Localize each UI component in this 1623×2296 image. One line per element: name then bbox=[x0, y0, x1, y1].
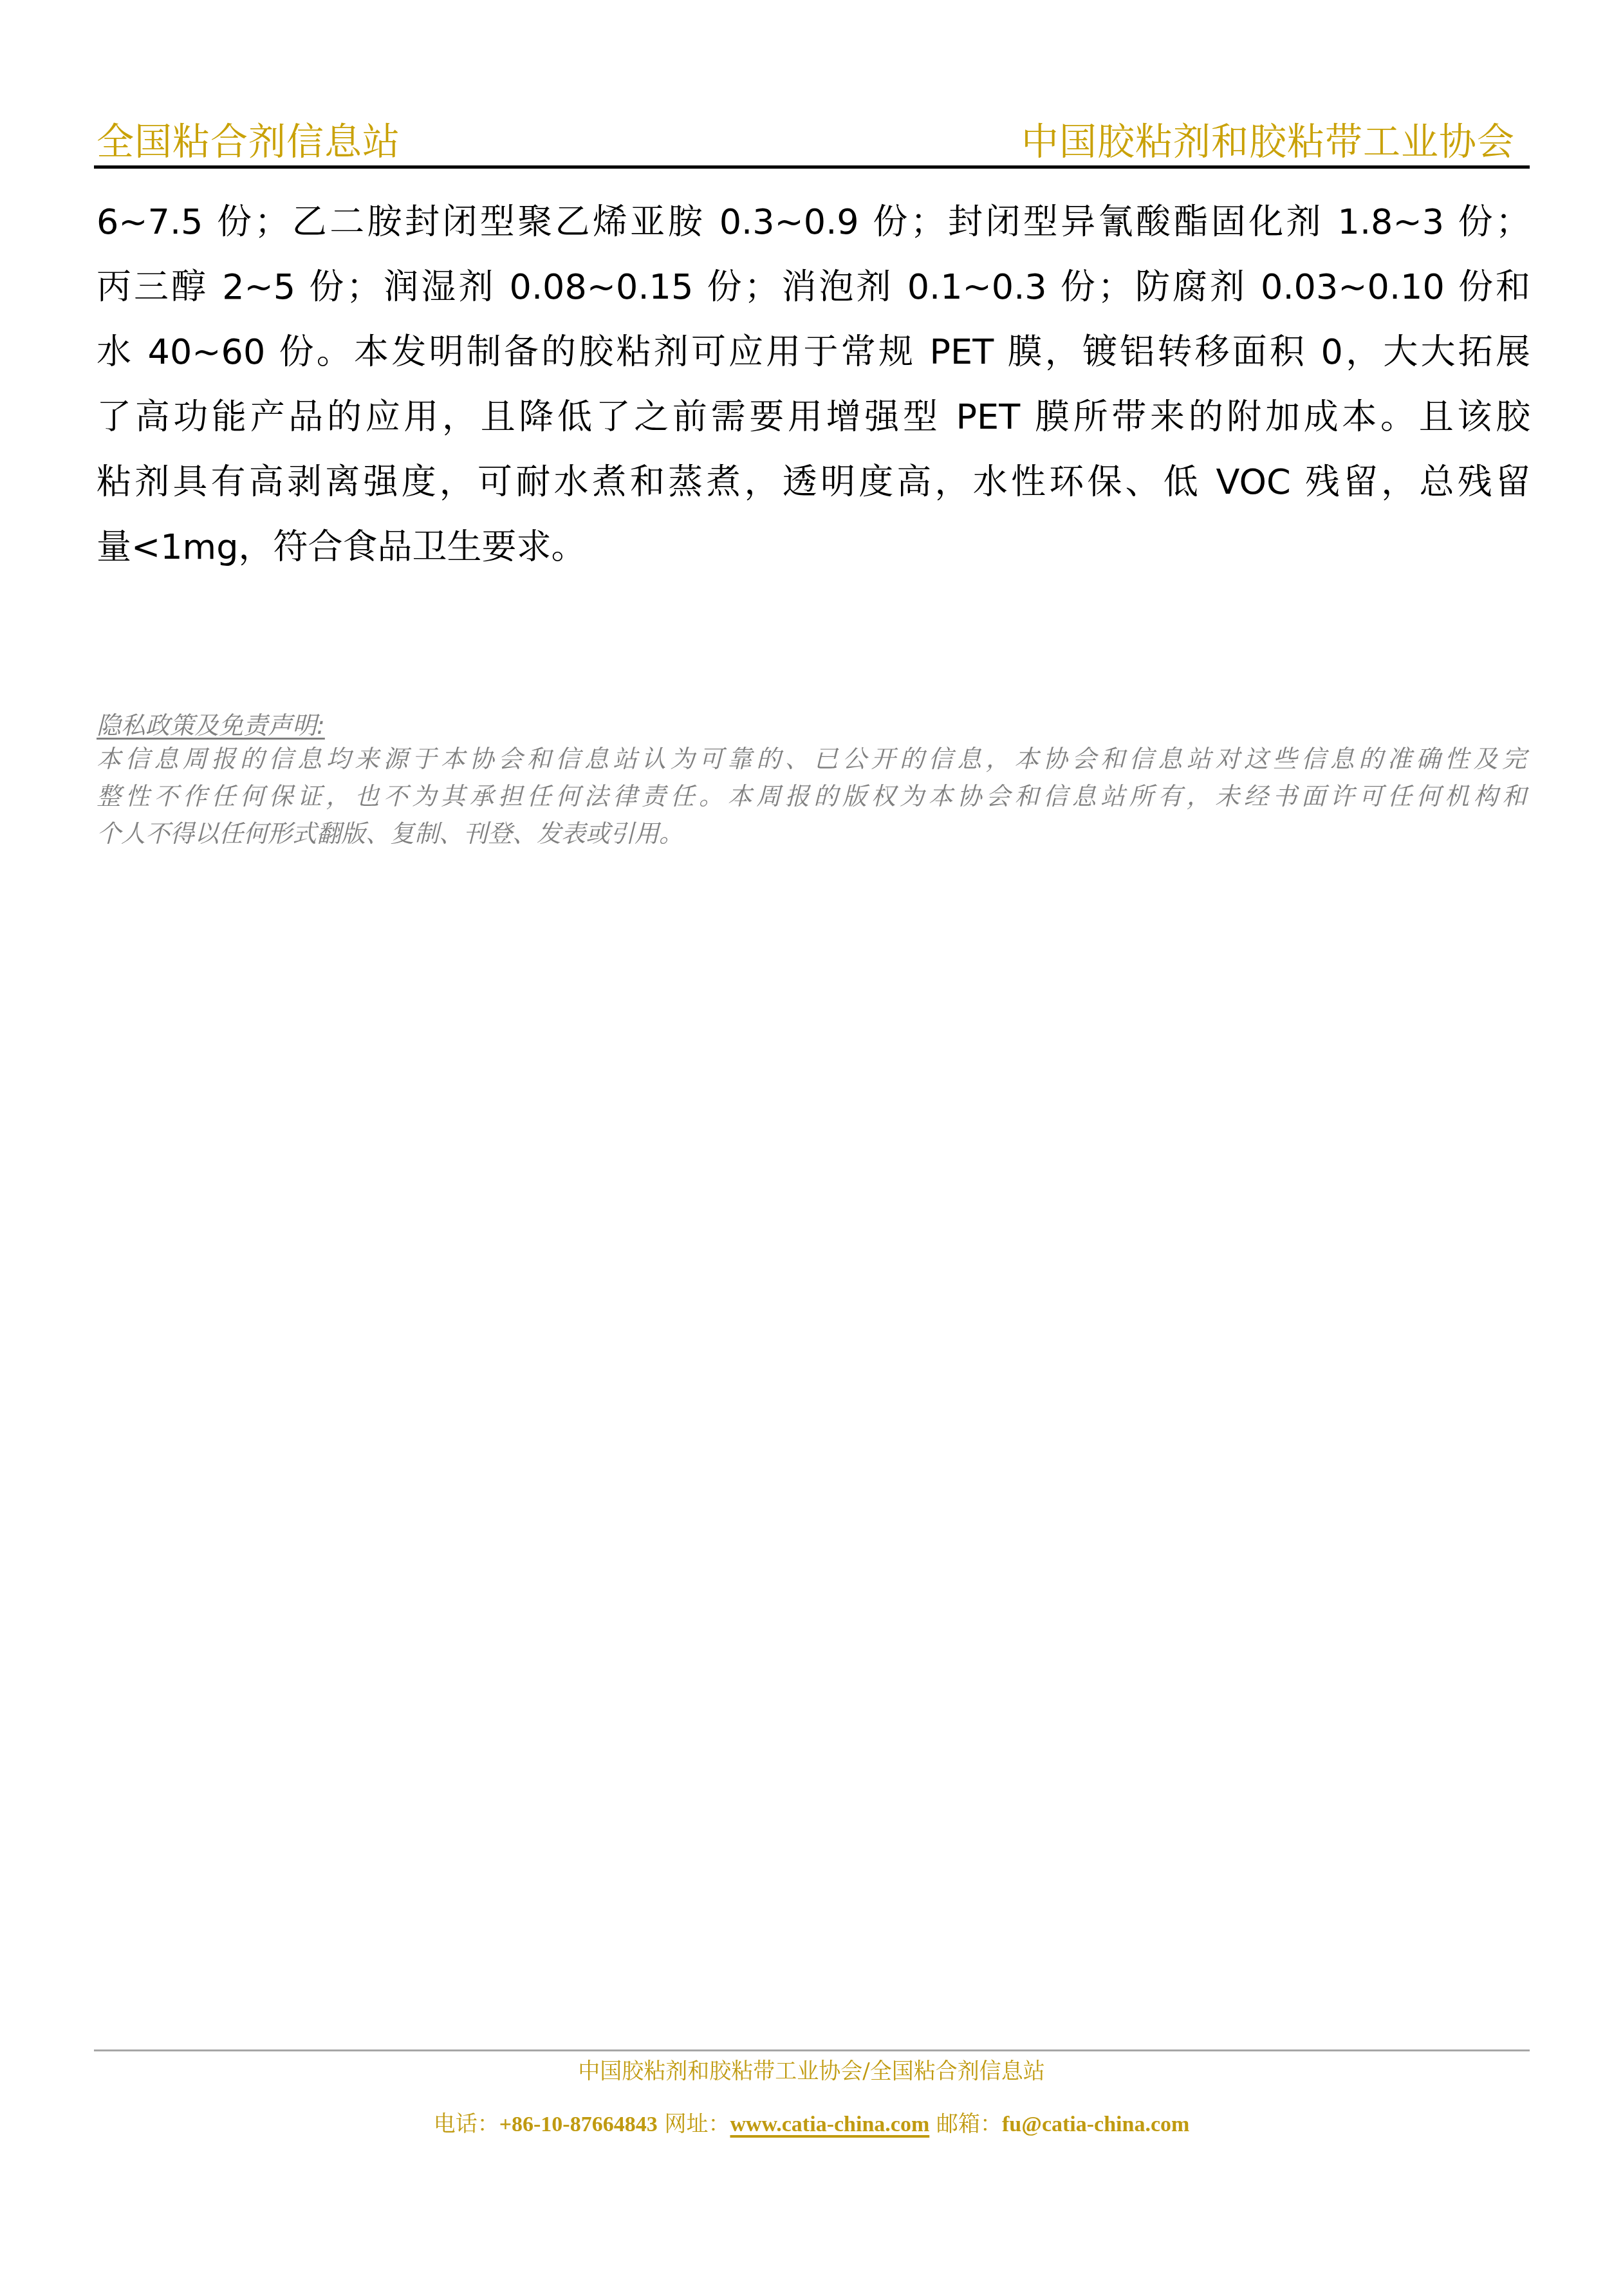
footer-divider bbox=[94, 2049, 1530, 2051]
disclaimer-line: 个人不得以任何形式翻版、复制、刊登、发表或引用。 bbox=[97, 815, 1526, 852]
body-line: 了高功能产品的应用，且降低了之前需要用增强型 PET 膜所带来的附加成本。且该胶 bbox=[97, 395, 1530, 440]
body-line: 6~7.5 份；乙二胺封闭型聚乙烯亚胺 0.3~0.9 份；封闭型异氰酸酯固化剂… bbox=[97, 200, 1530, 245]
body-line: 量<1mg，符合食品卫生要求。 bbox=[97, 525, 1530, 570]
site-title: 全国粘合剂信息站 bbox=[97, 116, 400, 167]
website-link[interactable]: www.catia-china.com bbox=[730, 2113, 929, 2136]
website-label: 网址： bbox=[658, 2111, 730, 2137]
email-label: 邮箱： bbox=[929, 2111, 1002, 2137]
header-divider bbox=[94, 165, 1530, 169]
association-title: 中国胶粘剂和胶粘带工业协会 bbox=[1021, 116, 1515, 167]
phone-label: 电话： bbox=[434, 2111, 499, 2137]
footer-contact: 电话：+86-10-87664843 网址：www.catia-china.co… bbox=[0, 2110, 1623, 2139]
disclaimer-title: 隐私政策及免责声明: bbox=[97, 707, 325, 744]
email-address[interactable]: fu@catia-china.com bbox=[1002, 2113, 1189, 2136]
footer-org: 中国胶粘剂和胶粘带工业协会/全国粘合剂信息站 bbox=[0, 2057, 1623, 2086]
body-line: 粘剂具有高剥离强度，可耐水煮和蒸煮，透明度高，水性环保、低 VOC 残留，总残留 bbox=[97, 460, 1530, 505]
phone-number: +86-10-87664843 bbox=[499, 2113, 658, 2136]
disclaimer-line: 整性不作任何保证，也不为其承担任何法律责任。本周报的版权为本协会和信息站所有，未… bbox=[97, 778, 1526, 815]
body-line: 水 40~60 份。本发明制备的胶粘剂可应用于常规 PET 膜，镀铝转移面积 0… bbox=[97, 330, 1530, 375]
disclaimer-line: 本信息周报的信息均来源于本协会和信息站认为可靠的、已公开的信息，本协会和信息站对… bbox=[97, 740, 1526, 778]
body-line: 丙三醇 2~5 份；润湿剂 0.08~0.15 份；消泡剂 0.1~0.3 份；… bbox=[97, 265, 1530, 310]
